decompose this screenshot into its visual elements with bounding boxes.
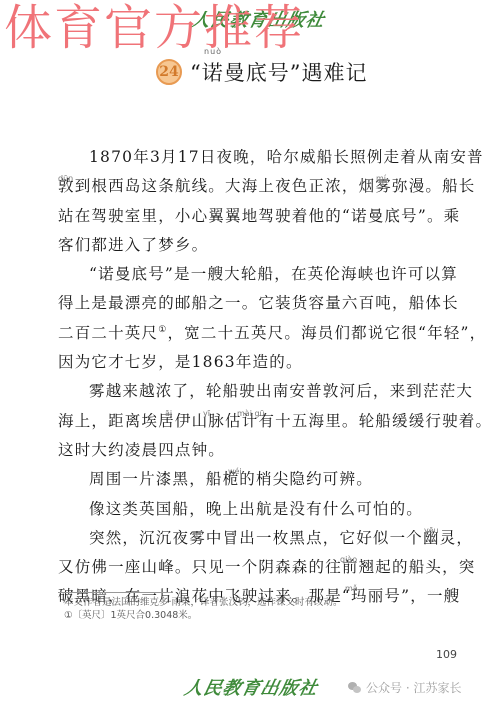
pinyin-annotation: āi xyxy=(165,399,172,428)
lesson-title-text: “诺曼底号”遇难记 xyxy=(190,61,367,85)
pinyin-annotation: mài gū xyxy=(237,399,265,428)
pinyin-annotation: yī xyxy=(203,399,210,428)
pinyin-annotation: yōu xyxy=(424,516,439,545)
wechat-icon xyxy=(348,682,362,693)
text-line: 周围一片漆黑，船桅的梢尖隐约可辨。wéi xyxy=(58,465,458,494)
text-line: 这时大约凌晨四点钟。 xyxy=(58,436,458,465)
text-line: 站在驾驶室里，小心翼翼地驾驶着他的“诺曼底号”。乘 xyxy=(58,202,458,231)
author-note: 本文作者是法国的维克多·雨果，译者张汉钧，选作课文时有改动。 xyxy=(64,596,343,609)
footnote-1: ①〔英尺〕1英尺合0.3048米。 xyxy=(64,609,343,622)
footnote-ref: ① xyxy=(158,325,167,335)
text-line: 二百二十英尺①，宽二十五英尺。海员们都说它很“年轻”， xyxy=(58,319,458,348)
text-line: 1870年3月17日夜晚，哈尔威船长照例走着从南安普 xyxy=(58,143,458,172)
body-text: 1870年3月17日夜晚，哈尔威船长照例走着从南安普敦到根西岛这条航线。大海上夜… xyxy=(58,143,458,612)
wechat-label: 公众号 · 江苏家长 xyxy=(366,679,461,696)
publisher-logo-bottom: 人民教育出版社 xyxy=(182,674,321,700)
wechat-watermark: 公众号 · 江苏家长 xyxy=(348,679,461,696)
footnote-divider xyxy=(58,592,168,593)
lesson-number-badge: 24 xyxy=(156,59,182,85)
watermark-text: 体育官方推荐 xyxy=(4,0,304,56)
text-line: 因为它才七岁，是1863年造的。 xyxy=(58,348,458,377)
text-line: 得上是最漂亮的邮船之一。它装货容量六百吨，船体长 xyxy=(58,289,458,318)
pinyin-annotation: mǎ xyxy=(345,574,358,603)
text-line: 又仿佛一座山峰。只见一个阴森森的往前翘起的船头，突qiào xyxy=(58,553,458,582)
pinyin-annotation: dūn xyxy=(58,164,73,193)
pinyin-annotation: wéi xyxy=(228,457,242,486)
text-line: 敦到根西岛这条航线。大海上夜色正浓，烟雾弥漫。船长dūnmí xyxy=(58,172,458,201)
text-line: 客们都进入了梦乡。 xyxy=(58,231,458,260)
lesson-title: nuò “诺曼底号”遇难记 xyxy=(190,57,367,87)
pinyin-annotation: mí xyxy=(376,164,386,193)
page-number: 109 xyxy=(436,648,457,661)
footnotes: 本文作者是法国的维克多·雨果，译者张汉钧，选作课文时有改动。 ①〔英尺〕1英尺合… xyxy=(64,596,343,622)
lesson-header: 24 nuò “诺曼底号”遇难记 xyxy=(156,52,367,92)
pinyin-annotation: qiào xyxy=(340,545,357,574)
text-line: 海上，距离埃居伊山脉估计有十五海里。轮船缓缓行驶着。āiyīmài gū xyxy=(58,407,458,436)
text-line: 像这类英国船，晚上出航是没有什么可怕的。 xyxy=(58,495,458,524)
text-line: “诺曼底号”是一艘大轮船，在英伦海峡也许可以算 xyxy=(58,260,458,289)
text-line: 突然，沉沉夜雾中冒出一枚黑点，它好似一个幽灵，yōu xyxy=(58,524,458,553)
